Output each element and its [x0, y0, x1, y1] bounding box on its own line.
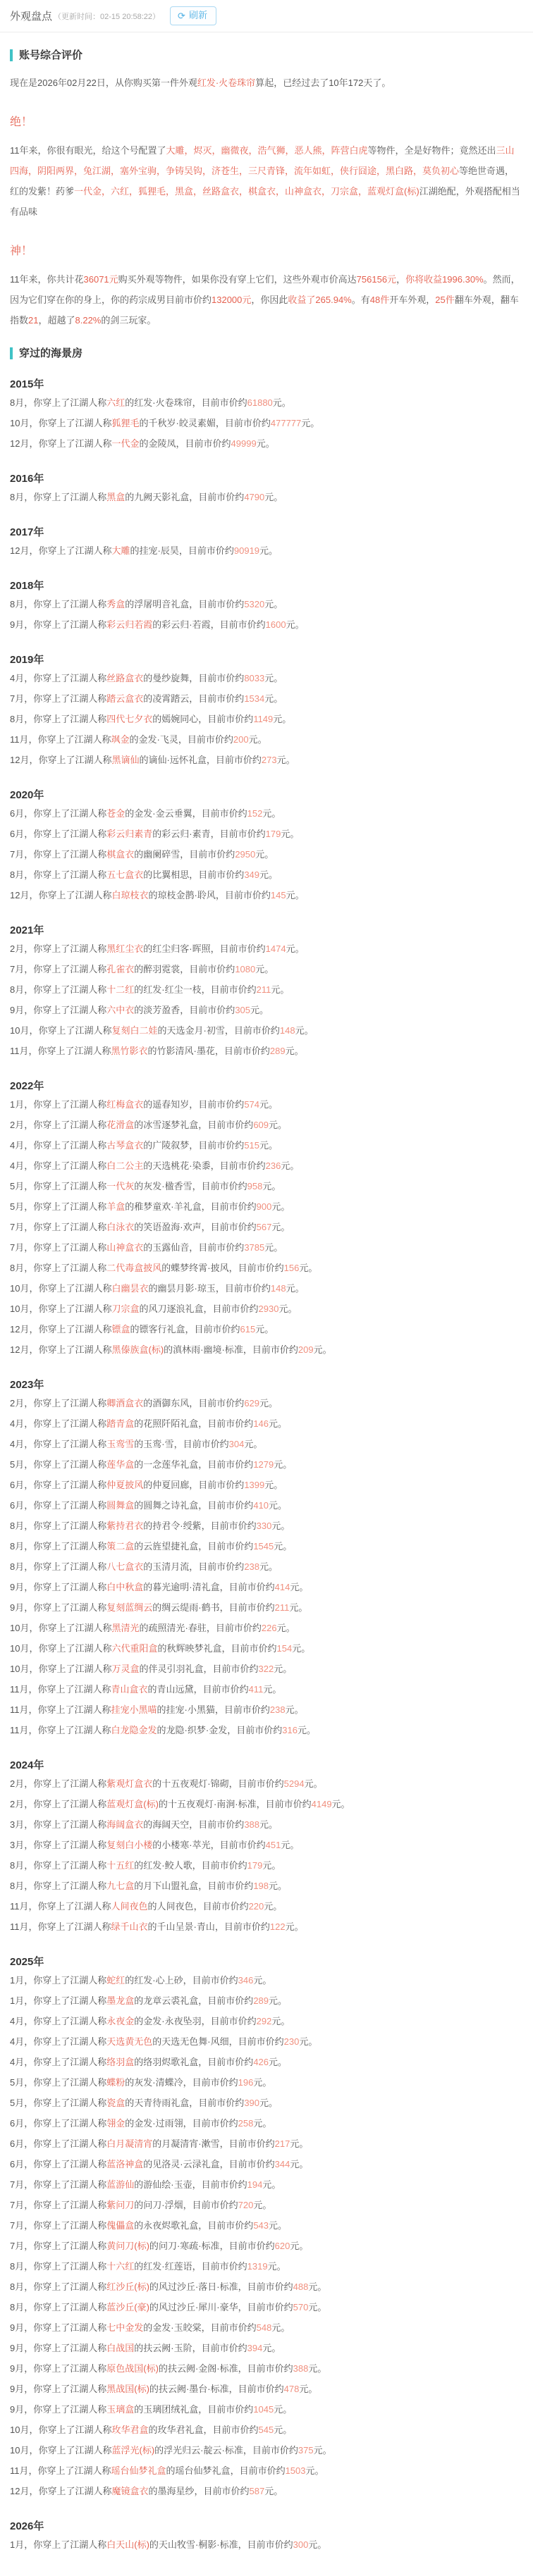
- text-segment: ，目前市价约: [220, 2138, 275, 2149]
- text-segment: ，目前市价约: [211, 943, 266, 954]
- record-month: 7月: [10, 1222, 24, 1232]
- year-block: 2018年8月，你穿上了江湖人称秀盒的浮屠明音礼盒，目前市价约5320元。9月，…: [10, 578, 523, 635]
- item-price: 394: [247, 2343, 263, 2353]
- item-price: 477777: [271, 418, 301, 428]
- record-month: 3月: [10, 1819, 24, 1830]
- item-name: 金陵凤: [149, 438, 176, 449]
- item-nickname: 镖盒: [111, 1324, 130, 1335]
- item-price: 1045: [253, 2404, 274, 2415]
- year-title: 2024年: [10, 1757, 523, 1772]
- text-segment: 元。: [259, 869, 278, 880]
- item-name: 玫华君礼盒: [158, 2425, 204, 2435]
- jue-paragraph: 11年来，你很有眼光，给这个号配置了大雕，烬灭，幽微夜，浩气狮，恶人熊，阵营白虎…: [10, 140, 523, 222]
- item-price: 587: [250, 2486, 265, 2496]
- record-row: 10月，你穿上了江湖人称玫华君盒的玫华君礼盒，目前市价约545元。: [10, 2420, 523, 2440]
- text-segment: 的: [149, 1283, 158, 1294]
- text-segment: 元。: [269, 2057, 287, 2067]
- text-segment: 的: [152, 619, 161, 630]
- record-month: 6月: [10, 808, 24, 819]
- text-segment: 元。: [286, 943, 305, 954]
- year-block: 2016年8月，你穿上了江湖人称黑盒的九阙天影礼盒，目前市价约4790元。: [10, 471, 523, 507]
- text-segment: 元。: [286, 1921, 304, 1932]
- item-nickname: 永夜金: [106, 2016, 134, 2026]
- item-price: 305: [235, 1005, 250, 1015]
- text-segment: ，你穿上了江湖人称: [29, 890, 111, 900]
- year-title: 2025年: [10, 1954, 523, 1969]
- record-row: 10月，你穿上了江湖人称六代重阳盒的秋辉映梦礼盒，目前市价约154元。: [10, 1638, 523, 1659]
- text-segment: 元。: [286, 890, 305, 900]
- text-segment: ，你穿上了江湖人称: [24, 1140, 106, 1151]
- text-segment: 的: [140, 1623, 149, 1633]
- text-segment: 元。: [281, 829, 299, 839]
- item-price: 4149: [312, 1799, 332, 1809]
- item-price: 548: [257, 2322, 272, 2333]
- text-segment: 元。: [295, 1025, 314, 1036]
- text-segment: 元。: [314, 1344, 332, 1355]
- item-name: 挂宠·辰昊: [140, 545, 179, 556]
- text-segment: ，你穿上了江湖人称: [24, 1398, 106, 1408]
- text-segment: ，你穿上了江湖人称: [24, 1500, 106, 1511]
- text-segment: ，你穿上了江湖人称: [24, 2220, 106, 2231]
- text-segment: ，你穿上了江湖人称: [24, 1582, 106, 1592]
- record-row: 4月，你穿上了江湖人称丝路盒衣的曼纱旋舞，目前市价约8033元。: [10, 668, 523, 688]
- text-segment: ，目前市价约: [183, 2118, 238, 2129]
- item-price: 8033: [244, 673, 264, 683]
- text-segment: 的: [134, 984, 143, 995]
- item-name: 青山远黛: [157, 1684, 194, 1695]
- record-row: 2月，你穿上了江湖人称蓝观灯盒(标)的十五夜观灯·南涧·标准，目前市价约4149…: [10, 1794, 523, 1814]
- record-row: 1月，你穿上了江湖人称红梅盒衣的遥春知岁，目前市价约574元。: [10, 1094, 523, 1115]
- item-name: 冰雪逐梦礼盒: [143, 1120, 198, 1130]
- item-price: 1279: [253, 1459, 274, 1470]
- text-segment: ，目前市价约: [222, 1643, 277, 1654]
- record-row: 8月，你穿上了江湖人称红沙丘(标)的风过沙丘·落日·标准，目前市价约488元。: [10, 2277, 523, 2297]
- item-name: 见洛灵·云渌礼盒: [152, 2159, 219, 2169]
- item-price: 411: [249, 1684, 264, 1695]
- record-month: 9月: [10, 1005, 24, 1015]
- record-row: 8月，你穿上了江湖人称秀盒的浮屠明音礼盒，目前市价约5320元。: [10, 594, 523, 614]
- text-segment: 的: [125, 2118, 134, 2129]
- text-segment: 元。: [274, 2425, 292, 2435]
- year-block: 2015年8月，你穿上了江湖人称六红的红发·火卷珠帘，目前市价约61880元。1…: [10, 376, 523, 454]
- text-segment: ，目前市价约: [189, 2098, 244, 2108]
- year-title: 2020年: [10, 787, 523, 802]
- text-segment: 元。: [301, 418, 319, 428]
- item-nickname: 蓝观灯盒(标): [106, 1799, 159, 1809]
- record-row: 11月，你穿上了江湖人称飒金的金发·飞灵，目前市价约200元。: [10, 729, 523, 750]
- item-name: 永夜烬歌礼盒: [143, 2220, 198, 2231]
- year-title: 2016年: [10, 471, 523, 485]
- item-name: 秋辉映梦礼盒: [167, 1643, 222, 1654]
- text-segment: 的: [134, 1500, 143, 1511]
- text-segment: 元。: [259, 1561, 278, 1572]
- item-nickname: 十五红: [106, 1860, 134, 1871]
- text-segment: 11年来，你共计花: [10, 274, 84, 285]
- text-segment: 元。: [264, 1480, 283, 1490]
- item-name: 笑语盈海·欢声: [143, 1222, 201, 1232]
- record-row: 8月，你穿上了江湖人称蓝沙丘(豪)的风过沙丘·犀川·豪华，目前市价约570元。: [10, 2297, 523, 2317]
- text-segment: 元。: [255, 964, 274, 974]
- item-nickname: 瑶台仙梦礼盒: [111, 2465, 166, 2476]
- record-row: 10月，你穿上了江湖人称复刻白二娃的天选金月·初雪，目前市价约148元。: [10, 1020, 523, 1041]
- item-price: 720: [238, 2200, 254, 2210]
- text-segment: ，目前市价约: [198, 1500, 253, 1511]
- text-segment: ，目前市价约: [204, 1664, 259, 1674]
- item-price: 344: [275, 2159, 290, 2169]
- text-segment: ，目前市价约: [183, 2077, 238, 2088]
- text-segment: ，你穿上了江湖人称: [24, 492, 106, 502]
- text-segment: 的: [149, 2302, 159, 2312]
- text-segment: ，你穿上了江湖人称: [24, 1995, 106, 2006]
- text-segment: ，你穿上了江湖人称: [29, 1283, 111, 1294]
- text-segment: ，目前市价约: [189, 599, 244, 609]
- item-name: 彩云归·素青: [161, 829, 210, 839]
- text-segment: ，你穿上了江湖人称: [29, 1324, 111, 1335]
- item-nickname: 黑战国(标): [106, 2384, 149, 2394]
- item-name: 红发·红尘一枝: [143, 984, 201, 995]
- record-row: 9月，你穿上了江湖人称原色战国(标)的扶云阙·金阁·标准，目前市价约388元。: [10, 2358, 523, 2379]
- text-segment: 元。: [269, 1881, 287, 1891]
- text-segment: 元。: [264, 1242, 283, 1253]
- text-segment: 的: [149, 2384, 159, 2394]
- item-name: 仲夏回廊: [152, 1480, 189, 1490]
- item-price: 258: [238, 2118, 254, 2129]
- text-segment: 的: [149, 2281, 159, 2292]
- text-segment: ，目前市价约: [202, 2016, 257, 2026]
- text-segment: ，你穿上了江湖人称: [24, 2343, 106, 2353]
- item-price: 4790: [244, 492, 264, 502]
- item-name: 十五夜观灯·南涧·标准: [168, 1799, 257, 1809]
- record-row: 8月，你穿上了江湖人称十五红的红发·鲛人歌，目前市价约179元。: [10, 1855, 523, 1876]
- text-segment: 的: [149, 890, 158, 900]
- item-name: 灰发·楹香雪: [143, 1181, 192, 1191]
- record-row: 10月，你穿上了江湖人称蓝浮光(标)的浮光归云·靛云·标准，目前市价约375元。: [10, 2440, 523, 2460]
- text-segment: ，你穿上了江湖人称: [24, 808, 106, 819]
- year-block: 2025年1月，你穿上了江湖人称蛇红的红发·心上砂，目前市价约346元。1月，你…: [10, 1954, 523, 2501]
- section-title-worn-items: 穿过的海景房: [10, 347, 523, 359]
- text-segment: 的: [134, 2261, 143, 2272]
- text-segment: 的: [159, 2363, 168, 2374]
- item-price: 49999: [231, 438, 257, 449]
- item-name: 千山呈景·青山: [157, 1921, 215, 1932]
- item-price: 236: [266, 1160, 281, 1171]
- text-segment: ，你穿上了江湖人称: [29, 734, 111, 745]
- text-segment: 。有: [352, 295, 370, 305]
- text-segment: 元。: [269, 1120, 287, 1130]
- highlight-segment: 一代金，六红，狐狸毛，黑盒，丝路盒衣，棋盒衣，山神盒衣，刀宗盒，蓝观灯盒(标): [74, 186, 419, 197]
- text-segment: ，目前市价约: [189, 1140, 244, 1151]
- record-month: 10月: [10, 418, 29, 428]
- page-header: 外观盘点 （更新时间：02-15 20:58:22） ⟳ 刷新: [0, 0, 533, 32]
- item-name: 绸云缇雨·鹤书: [161, 1602, 219, 1613]
- jue-heading: 绝！: [10, 113, 523, 129]
- record-month: 11月: [10, 734, 29, 745]
- item-nickname: 黑盒: [106, 492, 125, 502]
- text-segment: 的: [134, 1541, 143, 1552]
- record-month: 2月: [10, 1799, 24, 1809]
- record-row: 8月，你穿上了江湖人称二代毒盒披风的蝶梦终霄·披风，目前市价约156元。: [10, 1258, 523, 1278]
- text-segment: 购买外观等物件，如果你没有穿上它们，这些外观市价高达: [118, 274, 357, 285]
- text-segment: ，目前市价约: [216, 1283, 271, 1294]
- item-name: 海阔天空: [152, 1819, 189, 1830]
- record-row: 6月，你穿上了江湖人称彩云归素青的彩云归·素青，目前市价约179元。: [10, 824, 523, 844]
- item-name: 浮光归云·靛云·标准: [164, 2445, 243, 2456]
- record-row: 10月，你穿上了江湖人称黑清光的疏照清光·春驻，目前市价约226元。: [10, 1618, 523, 1638]
- item-price: 145: [271, 890, 286, 900]
- item-price: 211: [275, 1602, 290, 1613]
- text-segment: ，你穿上了江湖人称: [24, 829, 106, 839]
- text-segment: 元。: [264, 2486, 283, 2496]
- text-segment: 的: [134, 964, 143, 974]
- item-name: 彩云归·若霞: [161, 619, 210, 630]
- text-segment: ，目前市价约: [220, 1582, 275, 1592]
- text-segment: ，超越了: [38, 315, 75, 326]
- item-name: 扶云阙·墨台·标准: [159, 2384, 229, 2394]
- item-price: 900: [257, 1201, 272, 1212]
- text-segment: 元。: [273, 714, 291, 724]
- text-segment: 的: [140, 1664, 149, 1674]
- text-segment: 的: [130, 1324, 140, 1335]
- text-segment: 的: [134, 2200, 143, 2210]
- text-segment: ，你穿上了江湖人称: [24, 2077, 106, 2088]
- text-segment: 元。: [277, 1623, 295, 1633]
- record-month: 9月: [10, 2343, 24, 2353]
- record-month: 10月: [10, 1025, 29, 1036]
- text-segment: 现在是2026年02月22日，从你购买第一件外观: [10, 78, 197, 88]
- text-segment: ，你穿上了江湖人称: [24, 1005, 106, 1015]
- text-segment: ，你穿上了江湖人称: [24, 619, 106, 630]
- text-segment: 元。: [253, 1975, 271, 1986]
- record-month: 10月: [10, 1643, 29, 1654]
- text-segment: 元。: [286, 619, 305, 630]
- item-name: 持君令·绶紫: [152, 1521, 201, 1531]
- text-segment: 的: [140, 755, 149, 765]
- record-row: 11月，你穿上了江湖人称绿千山衣的千山呈景·青山，目前市价约122元。: [10, 1916, 523, 1937]
- item-price: 609: [253, 1120, 269, 1130]
- item-nickname: 黑傣族盒(标): [111, 1344, 164, 1355]
- record-month: 6月: [10, 829, 24, 839]
- record-row: 4月，你穿上了江湖人称永夜金的金发·永夜坠羽，目前市价约292元。: [10, 2011, 523, 2031]
- text-segment: ，目前市价约: [198, 1120, 253, 1130]
- item-price: 615: [240, 1324, 256, 1335]
- item-nickname: 紫观灯盒衣: [106, 1778, 152, 1789]
- text-segment: ，你穿上了江湖人称: [29, 1664, 111, 1674]
- text-segment: 元。: [264, 1901, 282, 1912]
- text-segment: ，你穿上了江湖人称: [24, 849, 106, 860]
- text-segment: ，目前市价约: [195, 2486, 250, 2496]
- text-segment: 的: [125, 1975, 134, 1986]
- text-segment: 元。: [299, 2384, 317, 2394]
- text-segment: 元。: [281, 1840, 299, 1850]
- text-segment: 的: [143, 1521, 152, 1531]
- record-month: 6月: [10, 1480, 24, 1490]
- item-nickname: 海阔盒衣: [106, 1819, 143, 1830]
- text-segment: ，你穿上了江湖人称: [29, 2445, 111, 2456]
- record-month: 12月: [10, 2486, 29, 2496]
- item-nickname: 玫华君盒: [111, 2425, 148, 2435]
- item-name: 浮屠明音礼盒: [134, 599, 189, 609]
- text-segment: ，目前市价约: [257, 1799, 312, 1809]
- text-segment: ，你穿上了江湖人称: [24, 1860, 106, 1871]
- text-segment: 的: [143, 1160, 152, 1171]
- text-segment: 的: [157, 1725, 166, 1735]
- record-row: 3月，你穿上了江湖人称复刻白小楼的小楼寒·萃光，目前市价约451元。: [10, 1835, 523, 1855]
- text-segment: 元。: [269, 1418, 287, 1429]
- item-name: 伴灵引羽礼盒: [149, 1664, 204, 1674]
- item-nickname: 白月凝清宵: [106, 2138, 152, 2149]
- year-title: 2018年: [10, 578, 523, 593]
- record-month: 10月: [10, 1283, 29, 1294]
- text-segment: ，目前市价约: [225, 1025, 280, 1036]
- text-segment: 的: [125, 2098, 134, 2108]
- text-segment: 元。: [259, 1819, 278, 1830]
- text-segment: 元。: [308, 2281, 326, 2292]
- text-segment: ，目前市价约: [211, 1160, 266, 1171]
- item-name: 谪仙·远怀礼盒: [149, 755, 207, 765]
- text-segment: 的: [157, 1704, 166, 1715]
- text-segment: ，你穿上了江湖人称: [29, 1344, 111, 1355]
- item-nickname: 白泳衣: [106, 1222, 134, 1232]
- text-segment: ，你穿上了江湖人称: [24, 2539, 106, 2550]
- text-segment: 的: [125, 2077, 134, 2088]
- text-segment: ，目前市价约: [238, 2363, 293, 2374]
- record-month: 3月: [10, 1840, 24, 1850]
- record-month: 11月: [10, 1046, 29, 1056]
- text-segment: 元。: [290, 2159, 308, 2169]
- text-segment: 的: [143, 1819, 152, 1830]
- record-month: 8月: [10, 492, 24, 502]
- item-name: 挂宠·小黑猫: [166, 1704, 215, 1715]
- item-name: 凌霄踏云: [152, 693, 189, 704]
- text-segment: 元。: [299, 2036, 317, 2047]
- text-segment: ，目前市价约: [174, 1439, 229, 1449]
- text-segment: 的: [152, 2036, 161, 2047]
- item-price: 200: [233, 734, 249, 745]
- text-segment: ，你穿上了江湖人称: [24, 1181, 106, 1191]
- text-segment: 的: [134, 1181, 143, 1191]
- text-segment: ，你穿上了江湖人称: [29, 1684, 111, 1695]
- record-row: 10月，你穿上了江湖人称刀宗盒的风刀逐浪礼盒，目前市价约2930元。: [10, 1299, 523, 1319]
- text-segment: 的: [164, 1344, 173, 1355]
- text-segment: 元。: [286, 1046, 304, 1056]
- text-segment: ，目前市价约: [211, 829, 266, 839]
- text-segment: ，你穿上了江湖人称: [24, 1602, 106, 1613]
- text-segment: 元。: [305, 1778, 323, 1789]
- year-title: 2015年: [10, 376, 523, 391]
- item-price: 410: [253, 1500, 269, 1511]
- record-month: 1月: [10, 2539, 24, 2550]
- record-month: 2月: [10, 1398, 24, 1408]
- text-segment: 的: [134, 849, 143, 860]
- item-price: 515: [244, 1140, 259, 1151]
- text-segment: ，你穿上了江湖人称: [29, 1623, 111, 1633]
- text-segment: ，你穿上了江湖人称: [29, 2425, 111, 2435]
- item-name: 龙隐·织梦·金发: [166, 1725, 228, 1735]
- year-block: 2023年2月，你穿上了江湖人称卿酒盒衣的酒御东风，目前市价约629元。4月，你…: [10, 1377, 523, 1740]
- record-row: 7月，你穿上了江湖人称山神盒衣的玉露仙音，目前市价约3785元。: [10, 1237, 523, 1258]
- record-month: 4月: [10, 1140, 24, 1151]
- text-segment: ，目前市价约: [207, 755, 262, 765]
- text-segment: 的: [148, 1684, 157, 1695]
- item-name: 圆舞之诗礼盒: [143, 1500, 198, 1511]
- record-row: 8月，你穿上了江湖人称六红的红发·火卷珠帘，目前市价约61880元。: [10, 392, 523, 413]
- record-row: 2月，你穿上了江湖人称花滑盒的冰雪逐梦礼盒，目前市价约609元。: [10, 1115, 523, 1135]
- item-price: 289: [253, 1995, 269, 2006]
- text-segment: 元。: [262, 1860, 281, 1871]
- record-month: 2月: [10, 1120, 24, 1130]
- text-segment: ，目前市价约: [202, 1222, 257, 1232]
- highlight-segment: 132000元: [212, 295, 251, 305]
- text-segment: ，目前市价约: [211, 619, 266, 630]
- item-name: 络羽烬歌礼盒: [143, 2057, 198, 2067]
- text-segment: 的: [143, 1242, 152, 1253]
- text-segment: 元。: [262, 1181, 281, 1191]
- refresh-button[interactable]: ⟳ 刷新: [170, 6, 216, 25]
- item-nickname: 苍金: [106, 808, 125, 819]
- item-price: 545: [259, 2425, 274, 2435]
- text-segment: ，你穿上了江湖人称: [24, 673, 106, 683]
- record-month: 8月: [10, 2281, 24, 2292]
- item-name: 月凝清宵·漱雪: [161, 2138, 219, 2149]
- item-nickname: 黑清光: [111, 1623, 139, 1633]
- record-row: 4月，你穿上了江湖人称天选黄无色的天选无色舞·风细，目前市价约230元。: [10, 2031, 523, 2052]
- record-month: 8月: [10, 1263, 24, 1273]
- text-segment: ，目前市价约: [211, 1840, 266, 1850]
- item-price: 226: [262, 1623, 277, 1633]
- record-month: 4月: [10, 2016, 24, 2026]
- text-segment: ，你穿上了江湖人称: [24, 1120, 106, 1130]
- record-row: 10月，你穿上了江湖人称万灵盒的伴灵引羽礼盒，目前市价约322元。: [10, 1659, 523, 1679]
- text-segment: 元。: [306, 2465, 324, 2476]
- text-segment: ，目前市价约: [220, 2159, 275, 2169]
- record-month: 5月: [10, 1201, 24, 1212]
- item-price: 122: [270, 1921, 286, 1932]
- text-segment: 元。: [286, 1704, 304, 1715]
- text-segment: ，目前市价约: [198, 1459, 253, 1470]
- text-segment: ，你穿上了江湖人称: [24, 943, 106, 954]
- item-nickname: 蝶粉: [106, 2077, 125, 2088]
- record-row: 8月，你穿上了江湖人称十六红的红发·红莲语，目前市价约1319元。: [10, 2256, 523, 2277]
- text-segment: ，你穿上了江湖人称: [24, 2118, 106, 2129]
- text-segment: ，目前市价约: [204, 2425, 259, 2435]
- record-month: 11月: [10, 1725, 29, 1735]
- text-segment: ，你穿上了江湖人称: [24, 2200, 106, 2210]
- record-month: 11月: [10, 2465, 29, 2476]
- item-price: 179: [266, 829, 281, 839]
- text-segment: 元。: [262, 2179, 281, 2190]
- item-nickname: 圆舞盒: [106, 1500, 134, 1511]
- item-price: 300: [293, 2539, 309, 2550]
- text-segment: ，你因此: [251, 295, 288, 305]
- text-segment: ，你穿上了江湖人称: [24, 2179, 106, 2190]
- record-row: 8月，你穿上了江湖人称五七盒衣的比翼相思，目前市价约349元。: [10, 865, 523, 885]
- text-segment: 元。: [263, 1684, 281, 1695]
- text-segment: ，目前市价约: [189, 1398, 244, 1408]
- text-segment: ，你穿上了江湖人称: [29, 438, 111, 449]
- text-segment: ，你穿上了江湖人称: [24, 1881, 106, 1891]
- item-name: 玉露仙音: [152, 1242, 189, 1253]
- record-row: 1月，你穿上了江湖人称蛇红的红发·心上砂，目前市价约346元。: [10, 1970, 523, 1990]
- item-nickname: 玉鸾雪: [106, 1439, 134, 1449]
- year-title: 2021年: [10, 922, 523, 937]
- record-month: 10月: [10, 1623, 29, 1633]
- text-segment: 的: [134, 1418, 143, 1429]
- text-segment: 的: [140, 438, 149, 449]
- text-segment: ，目前市价约: [229, 1778, 284, 1789]
- record-row: 7月，你穿上了江湖人称紫问刀的问刀·浮烟，目前市价约720元。: [10, 2195, 523, 2215]
- text-segment: ，你穿上了江湖人称: [24, 1778, 106, 1789]
- text-segment: ，目前市价约: [198, 1995, 253, 2006]
